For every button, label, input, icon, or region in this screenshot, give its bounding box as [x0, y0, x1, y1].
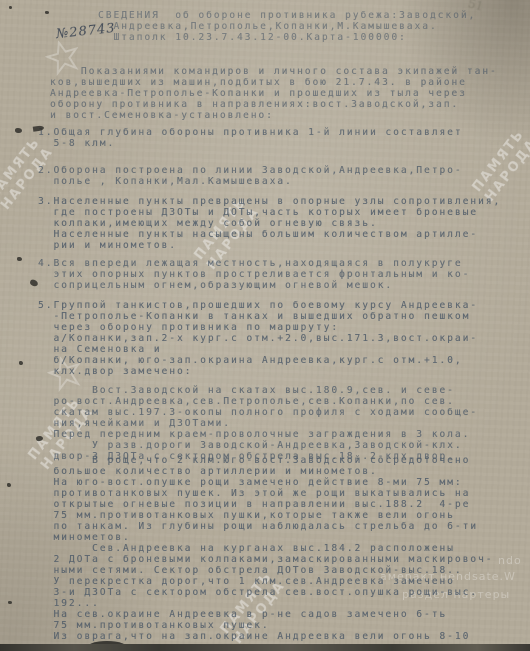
ink-mark [8, 601, 12, 604]
list-item-2: 2.Оборона построена по линии Заводской,А… [38, 165, 463, 187]
list-item-5-defenses: Вост.Заводской на скатах выс.180.9,сев. … [38, 385, 478, 462]
watermark-overlay-fragment: ndo [498, 552, 522, 569]
watermark-text: ПАМЯТЬ НАРОДА [470, 127, 530, 206]
ink-mark [19, 361, 23, 365]
scanned-document-page: ПАМЯТЬ НАРОДА ПАМЯТЬ НАРОДА ПАМЯТЬ НАРОД… [0, 0, 530, 651]
list-item-3: 3.Населенные пункты превращены в опорные… [38, 196, 501, 251]
ink-mark [17, 257, 22, 261]
list-item-5-route: 5.Группой танкистов,прошедших по боевому… [38, 300, 478, 377]
ink-mark [15, 128, 22, 133]
document-title: СВЕДЕНИЯ об обороне противника рубежа:За… [98, 10, 476, 43]
ink-mark [45, 11, 49, 14]
list-item-5-artillery: В роще,что 2 клм.юго-вост.Заводской соср… [38, 455, 478, 543]
list-item-4: 4.Вся впереди лежащая местность,находяща… [38, 258, 470, 291]
scan-edge-strip [0, 644, 530, 651]
ink-mark [7, 483, 11, 487]
paragraph-intro: Показаниями командиров и личного состава… [50, 66, 498, 121]
list-item-5-bunkers: Сев.Андреевка на курганах выс.184.2 расп… [38, 543, 493, 651]
list-item-1: 1.Общая глубина обороны противника 1-й л… [38, 127, 463, 149]
ink-mark [9, 6, 12, 9]
